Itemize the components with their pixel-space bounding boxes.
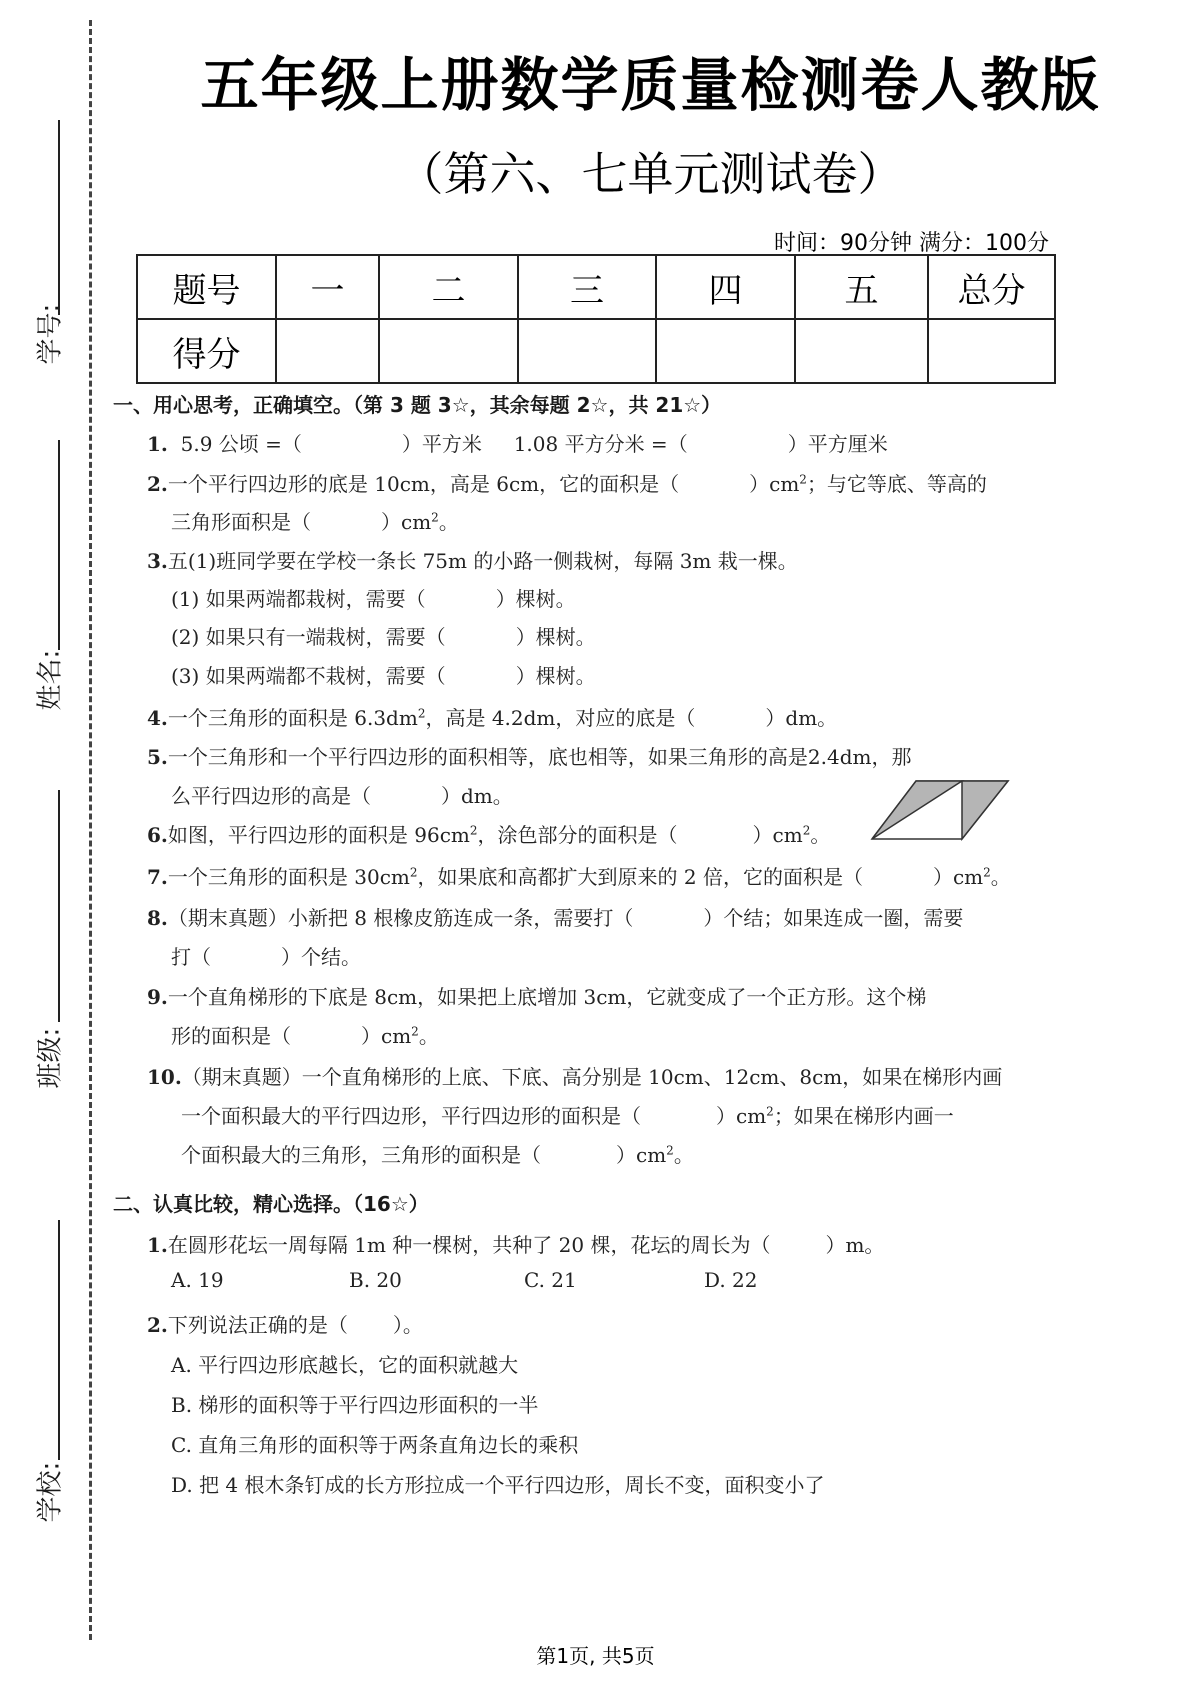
- score-cell[interactable]: [379, 319, 518, 383]
- header-cell: 题号: [137, 255, 276, 319]
- question-1-4: 4.一个三角形的面积是 6.3dm2，高是 4.2dm，对应的底是（）dm。: [147, 702, 837, 731]
- question-1-5-line1: 5.一个三角形和一个平行四边形的面积相等，底也相等，如果三角形的高是2.4dm，…: [147, 741, 911, 770]
- question-1-5-line2: 么平行四边形的高是（）dm。: [171, 780, 513, 809]
- question-1-8-line1: 8.（期末真题）小新把 8 根橡皮筋连成一条，需要打（）个结；如果连成一圈，需要: [147, 902, 963, 931]
- score-cell[interactable]: [276, 319, 379, 383]
- question-1-9-line2: 形的面积是（）cm2。: [171, 1020, 439, 1049]
- section-2-heading: 二、认真比较，精心选择。（16☆）: [113, 1188, 429, 1217]
- question-2-2: 2.下列说法正确的是（）。: [147, 1309, 423, 1338]
- question-1-3-stem: 3.五(1)班同学要在学校一条长 75m 的小路一侧栽树，每隔 3m 栽一棵。: [147, 545, 798, 574]
- question-1-2-line2: 三角形面积是（）cm2。: [171, 506, 459, 535]
- page-number: 第1页, 共5页: [0, 1640, 1191, 1669]
- question-1-6: 6.如图，平行四边形的面积是 96cm2，涂色部分的面积是（）cm2。: [147, 819, 830, 848]
- student-id-line: [58, 120, 60, 315]
- score-row-label: 得分: [137, 319, 276, 383]
- header-cell: 三: [518, 255, 656, 319]
- shaded-triangle-right: [962, 781, 1008, 839]
- school-line: [58, 1220, 60, 1460]
- question-1-3-sub-3: (3) 如果两端都不栽树，需要（）棵树。: [171, 660, 596, 689]
- name-label: 姓名:: [30, 671, 67, 711]
- score-cell[interactable]: [518, 319, 656, 383]
- option-b[interactable]: B. 20: [349, 1268, 402, 1292]
- option-d[interactable]: D. 22: [704, 1268, 758, 1292]
- option-c[interactable]: C. 21: [524, 1268, 577, 1292]
- question-1-7: 7.一个三角形的面积是 30cm2，如果底和高都扩大到原来的 2 倍，它的面积是…: [147, 861, 1011, 890]
- option-b[interactable]: B. 梯形的面积等于平行四边形面积的一半: [171, 1389, 538, 1418]
- score-cell[interactable]: [928, 319, 1055, 383]
- option-c[interactable]: C. 直角三角形的面积等于两条直角边长的乘积: [171, 1429, 578, 1458]
- header-cell: 二: [379, 255, 518, 319]
- question-1-2-line1: 2.一个平行四边形的底是 10cm，高是 6cm，它的面积是（）cm2；与它等底…: [147, 468, 987, 497]
- class-label: 班级:: [30, 1049, 67, 1089]
- question-1-10-line3: 个面积最大的三角形，三角形的面积是（）cm2。: [181, 1139, 694, 1168]
- question-1-10-line2: 一个面积最大的平行四边形，平行四边形的面积是（）cm2；如果在梯形内画一: [181, 1100, 954, 1129]
- question-1-8-line2: 打（）个结。: [171, 941, 361, 970]
- header-cell: 四: [656, 255, 795, 319]
- question-1-9-line1: 9.一个直角梯形的下底是 8cm，如果把上底增加 3cm，它就变成了一个正方形。…: [147, 981, 926, 1010]
- score-table: 题号 一 二 三 四 五 总分 得分: [136, 254, 1056, 384]
- question-1-10-line1: 10.（期末真题）一个直角梯形的上底、下底、高分别是 10cm、12cm、8cm…: [147, 1061, 1002, 1090]
- name-line: [58, 440, 60, 650]
- page-title: 五年级上册数学质量检测卷人教版: [110, 38, 1191, 122]
- score-table-score-row: 得分: [137, 319, 1055, 383]
- score-cell[interactable]: [656, 319, 795, 383]
- parallelogram-figure: [870, 778, 1012, 844]
- binding-dash-line: [89, 20, 92, 1640]
- question-1-3-sub-2: (2) 如果只有一端栽树，需要（）棵树。: [171, 621, 596, 650]
- option-a[interactable]: A. 19: [171, 1268, 224, 1292]
- exam-meta: 时间：90分钟 满分：100分: [774, 226, 1049, 257]
- score-table-header-row: 题号 一 二 三 四 五 总分: [137, 255, 1055, 319]
- question-1-1: 1. 5.9 公顷 =（）平方米 1.08 平方分米 =（）平方厘米: [147, 428, 888, 457]
- score-cell[interactable]: [795, 319, 928, 383]
- question-1-3-sub-1: (1) 如果两端都栽树，需要（）棵树。: [171, 583, 576, 612]
- header-cell: 总分: [928, 255, 1055, 319]
- section-1-heading: 一、用心思考，正确填空。（第 3 题 3☆，其余每题 2☆，共 21☆）: [113, 389, 721, 418]
- student-id-label: 学号:: [30, 325, 67, 365]
- school-label: 学校:: [30, 1483, 67, 1523]
- header-cell: 五: [795, 255, 928, 319]
- option-d[interactable]: D. 把 4 根木条钉成的长方形拉成一个平行四边形，周长不变，面积变小了: [171, 1469, 824, 1498]
- header-cell: 一: [276, 255, 379, 319]
- class-line: [58, 790, 60, 1022]
- option-a[interactable]: A. 平行四边形底越长，它的面积就越大: [171, 1349, 518, 1378]
- question-2-1: 1.在圆形花坛一周每隔 1m 种一棵树，共种了 20 棵，花坛的周长为（）m。: [147, 1229, 884, 1258]
- page-subtitle: （第六、七单元测试卷）: [110, 138, 1191, 204]
